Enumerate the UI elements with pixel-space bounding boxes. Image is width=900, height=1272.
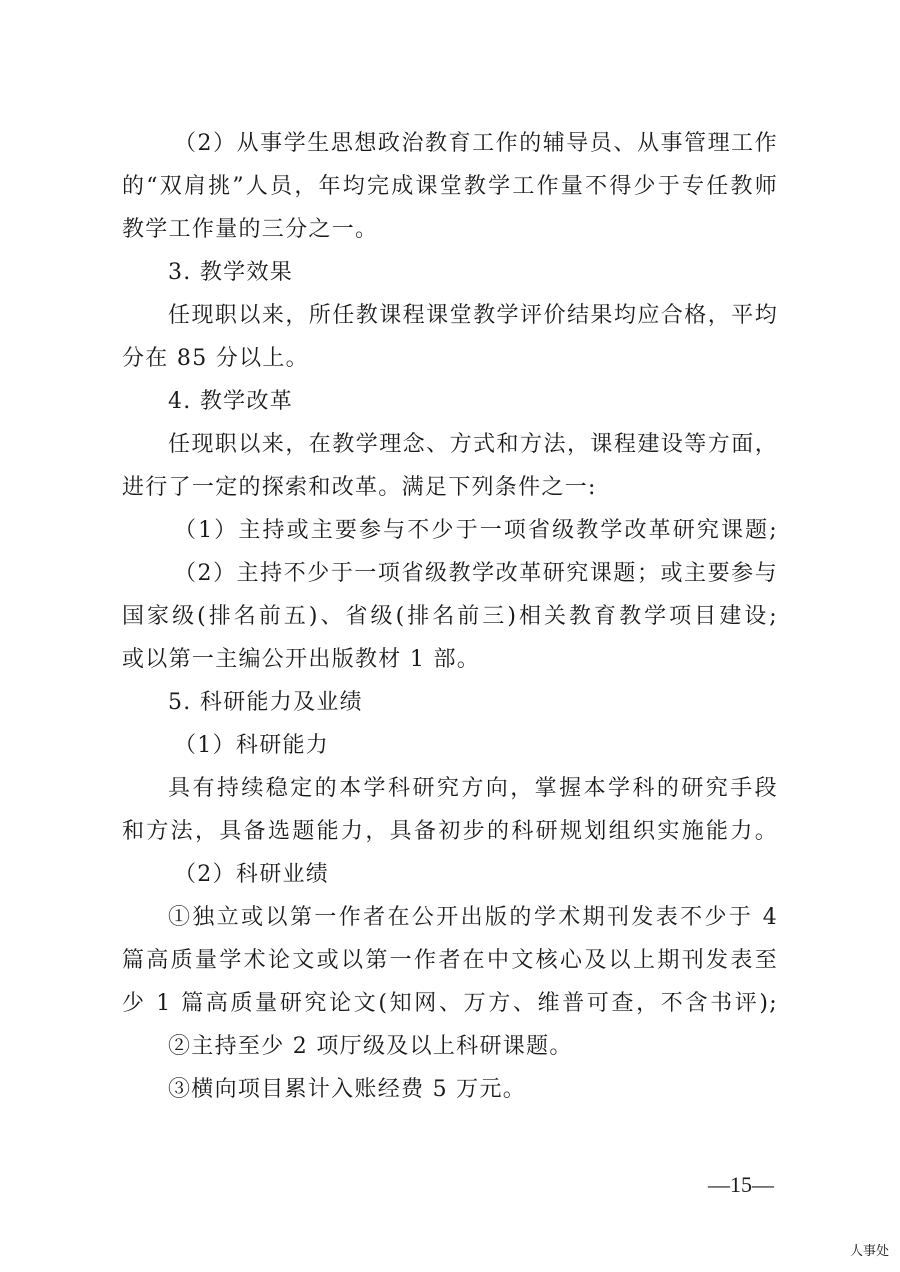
list-item-reform-condition-2-line-2: 国家级(排名前五)、省级(排名前三)相关教育教学项目建设; [122, 595, 778, 638]
paragraph-line-counselor-workload-1: （2）从事学生思想政治教育工作的辅导员、从事管理工作 [122, 122, 778, 165]
section-heading-teaching-reform: 4. 教学改革 [122, 380, 778, 423]
paragraph-line-teaching-reform-2: 进行了一定的探索和改革。满足下列条件之一: [122, 466, 778, 509]
list-item-achievement-1-line-3: 少 1 篇高质量研究论文(知网、万方、维普可查，不含书评); [122, 982, 778, 1025]
paragraph-line-teaching-effect-1: 任现职以来，所任教课程课堂教学评价结果均应合格，平均 [122, 294, 778, 337]
page-number: —15— [708, 1172, 774, 1198]
paragraph-line-research-ability-1: 具有持续稳定的本学科研究方向，掌握本学科的研究手段 [122, 767, 778, 810]
department-watermark: 人事处 [850, 1240, 889, 1259]
subsection-heading-research-achievements: （2）科研业绩 [122, 853, 778, 896]
list-item-reform-condition-2-line-3: 或以第一主编公开出版教材 1 部。 [122, 638, 778, 681]
section-heading-teaching-effect: 3. 教学效果 [122, 251, 778, 294]
paragraph-line-research-ability-2: 和方法，具备选题能力，具备初步的科研规划组织实施能力。 [122, 810, 778, 853]
list-item-achievement-1-line-2: 篇高质量学术论文或以第一作者在中文核心及以上期刊发表至 [122, 939, 778, 982]
paragraph-line-counselor-workload-2: 的“双肩挑”人员，年均完成课堂教学工作量不得少于专任教师 [122, 165, 778, 208]
subsection-heading-research-ability: （1）科研能力 [122, 724, 778, 767]
list-item-reform-condition-2-line-1: （2）主持不少于一项省级教学改革研究课题；或主要参与 [122, 552, 778, 595]
paragraph-line-counselor-workload-3: 教学工作量的三分之一。 [122, 208, 778, 251]
paragraph-line-teaching-effect-2: 分在 85 分以上。 [122, 337, 778, 380]
list-item-achievement-1-line-1: ①独立或以第一作者在公开出版的学术期刊发表不少于 4 [122, 896, 778, 939]
paragraph-line-teaching-reform-1: 任现职以来，在教学理念、方式和方法，课程建设等方面， [122, 423, 778, 466]
section-heading-research: 5. 科研能力及业绩 [122, 681, 778, 724]
list-item-reform-condition-1: （1）主持或主要参与不少于一项省级教学改革研究课题; [122, 509, 778, 552]
list-item-achievement-2: ②主持至少 2 项厅级及以上科研课题。 [122, 1025, 778, 1068]
list-item-achievement-3: ③横向项目累计入账经费 5 万元。 [122, 1068, 778, 1111]
